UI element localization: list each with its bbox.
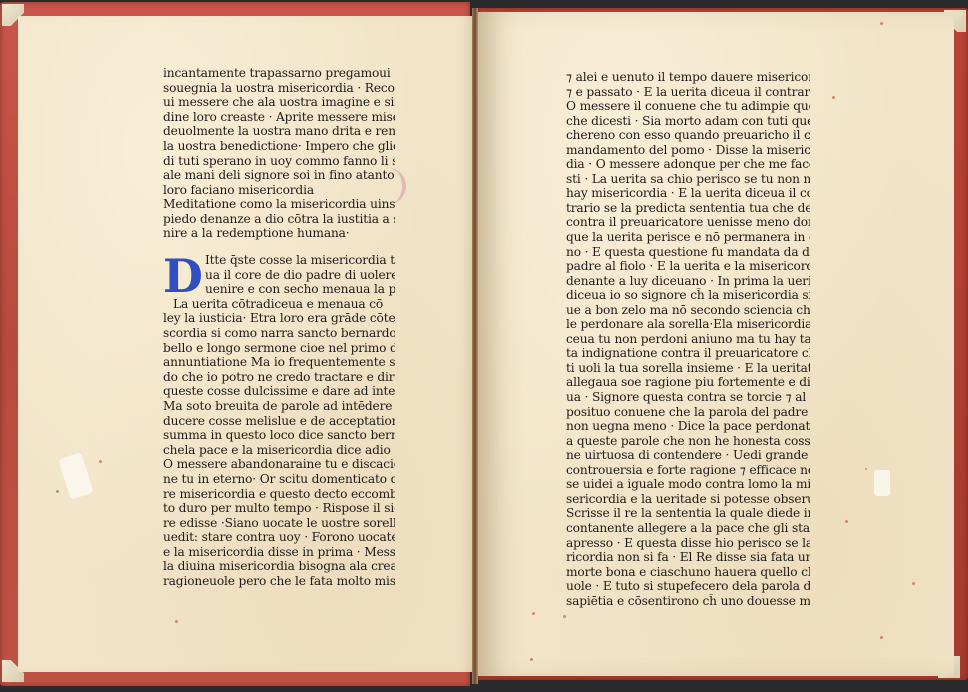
text-line: O messere abandonaraine tu e discacierai (163, 457, 395, 472)
text-line: que la uerita perisce e nō permanera in … (566, 230, 810, 245)
text-line: ti uoli la tua sorella insieme · E la ue… (566, 361, 810, 376)
text-line: Scrisse il re la sententia la quale died… (566, 506, 810, 521)
text-line: denante a luy diceuano · In prima la uer… (566, 274, 810, 289)
text-line: annuntiatione Ma io frequentemente secō (163, 355, 395, 370)
text-line: sericordia e la ueritade si potesse obse… (566, 492, 810, 507)
text-line: no · E questa questione fu mandata da di… (566, 245, 810, 260)
text-line: ua · Signore questa contra se torcie ⁊ a… (566, 390, 810, 405)
text-line: mandamento del pomo · Disse la misericor (566, 143, 810, 158)
text-line: ley la iusticia· Etra loro era grāde cōt… (163, 311, 395, 326)
heading-line: piedo denanze a dio cōtra la iustitia a … (163, 212, 395, 227)
text-line: di tuti sperano in uoy commo fanno li se… (163, 154, 395, 169)
book-gutter (472, 8, 478, 684)
foxing-spot (912, 582, 915, 585)
paper-repair-patch-right (874, 470, 890, 496)
foxing-spot (532, 612, 535, 615)
text-line: ue a bon zelo ma nō secondo sciencia che… (566, 303, 810, 318)
right-page-body: ⁊ alei e uenuto il tempo dauere miserico… (566, 70, 810, 608)
text-line: allegaua soe ragione piu fortemente e di… (566, 375, 810, 390)
text-line: le perdonare ala sorella·Ela misericordi… (566, 317, 810, 332)
text-line: Itte q̄ste cosse la misericordia tocha (163, 253, 395, 268)
text-line: apresso · E questa disse hio perisco se … (566, 536, 810, 551)
text-line: dine loro creaste · Aprite messere miser… (163, 110, 395, 125)
text-line: do che io potro ne credo tractare e dire… (163, 370, 395, 385)
text-line: chereno con esso quando preuaricho il co (566, 128, 810, 143)
foxing-spot (56, 490, 59, 493)
text-line: contanente allegere a la pace che gli st… (566, 521, 810, 536)
text-line: incantamente trapassarno pregamoui che (163, 66, 395, 81)
text-line: deuolmente la uostra mano drita e rendit… (163, 124, 395, 139)
text-line: la diuina misericordia bisogna ala creat… (163, 559, 395, 574)
text-line: ne tu in eterno· Or scitu domenticato da… (163, 472, 395, 487)
text-line: contra il preuaricatore uenisse meno don (566, 215, 810, 230)
foxing-spot (845, 520, 848, 523)
text-line: La uerita cōtradiceua e menaua cō (163, 297, 395, 312)
text-line: Ma soto breuita de parole ad intēdere ⁊ … (163, 399, 395, 414)
text-line: se uidei a iguale modo contra lomo la mi (566, 477, 810, 492)
text-line: sti · La uerita sa chio perisco se tu no… (566, 172, 810, 187)
text-line: hay misericordia · E la uerita diceua il… (566, 186, 810, 201)
text-line: a queste parole che non he honesta cossa (566, 434, 810, 449)
text-line: non uegna meno · Dice la pace perdonate (566, 419, 810, 434)
text-line: chela pace e la misericordia dice adio p… (163, 443, 395, 458)
text-line: uenire e con secho menaua la pace · (163, 282, 395, 297)
foxing-spot (880, 636, 883, 639)
text-line: queste cosse dulcissime e dare ad intend… (163, 384, 395, 399)
foxing-spot (530, 658, 533, 661)
text-line: to duro per multo tempo · Rispose il sig… (163, 501, 395, 516)
text-line: ceua tu non perdoni aniuno ma tu hay tan (566, 332, 810, 347)
heading-line: nire a la redemptione humana· (163, 226, 395, 241)
text-line: ⁊ alei e uenuto il tempo dauere miserico… (566, 70, 810, 85)
text-line: ale mani deli signore soi in fino atanto… (163, 168, 395, 183)
text-line: ua il core de dio padre di uolere sub (163, 268, 395, 283)
text-line: summa in questo loco dice sancto bernard… (163, 428, 395, 443)
text-line: uedit: stare contra uoy · Forono uocate (163, 530, 395, 545)
text-line: bello e longo sermone cioe nel primo de … (163, 341, 395, 356)
text-line: e la misericordia disse in prima · Messe… (163, 545, 395, 560)
text-line: ricordia non si fa · El Re disse sia fat… (566, 550, 810, 565)
text-line: O messere il conuene che tu adimpie quel… (566, 99, 810, 114)
text-line: scordia si como narra sancto bernardo ī … (163, 326, 395, 341)
text-line: controuersia e forte ragione ⁊ efficace … (566, 463, 810, 478)
text-line: ⁊ e passato · E la uerita diceua il cont… (566, 85, 810, 100)
text-line: sapiētia e cōsentirono ch̄ uno douesse m… (566, 594, 810, 609)
text-line: re edisse ·Siano uocate le uostre sorell… (163, 516, 395, 531)
text-line: ragioneuole pero che le fata molto miser… (163, 574, 395, 589)
text-line: loro faciano misericordia (163, 183, 395, 198)
text-line: souegnia la uostra misericordia · Record… (163, 81, 395, 96)
foxing-spot (563, 615, 566, 618)
text-line: trario se la predicta sententia tua che … (566, 201, 810, 216)
foxing-spot (880, 22, 883, 25)
foxing-spot (175, 620, 178, 623)
text-line: re misericordia e questo decto eccombati… (163, 487, 395, 502)
text-line: che dicesti · Sia morto adam con tuti qu… (566, 114, 810, 129)
foxing-spot (865, 468, 867, 470)
text-line: ducere cosse melislue e de acceptatione … (163, 414, 395, 429)
heading-line: Meditatione como la misericordia uinse i… (163, 197, 395, 212)
text-line: padre al fiolo · E la uerita e la miseri… (566, 259, 810, 274)
foxing-spot (99, 460, 102, 463)
text-line: posituo conuene che la parola del padre … (566, 405, 810, 420)
text-line: ta indignatione contra il preuaricatore … (566, 346, 810, 361)
text-line: ne uirtuosa di contendere · Uedi grande (566, 448, 810, 463)
text-line: morte bona e ciaschuno hauera quello che (566, 565, 810, 580)
foxing-spot (832, 96, 835, 99)
text-line: dia · O messere adonque per che me face (566, 157, 810, 172)
text-line: ui messere che ala uostra imagine e simi… (163, 95, 395, 110)
text-line: la uostra benedictione· Impero che glioc… (163, 139, 395, 154)
text-line: uole · E tuto si stupefecero dela parola… (566, 579, 810, 594)
left-page-opening-paragraph: incantamente trapassarno pregamoui che s… (163, 66, 395, 197)
left-page-body: Itte q̄ste cosse la misericordia tocha u… (163, 253, 395, 589)
chapter-heading: Meditatione como la misericordia uinse i… (163, 197, 395, 241)
text-line: diceua io so signore ch̄ la misericordia… (566, 288, 810, 303)
open-book-spread: incantamente trapassarno pregamoui che s… (0, 0, 968, 692)
